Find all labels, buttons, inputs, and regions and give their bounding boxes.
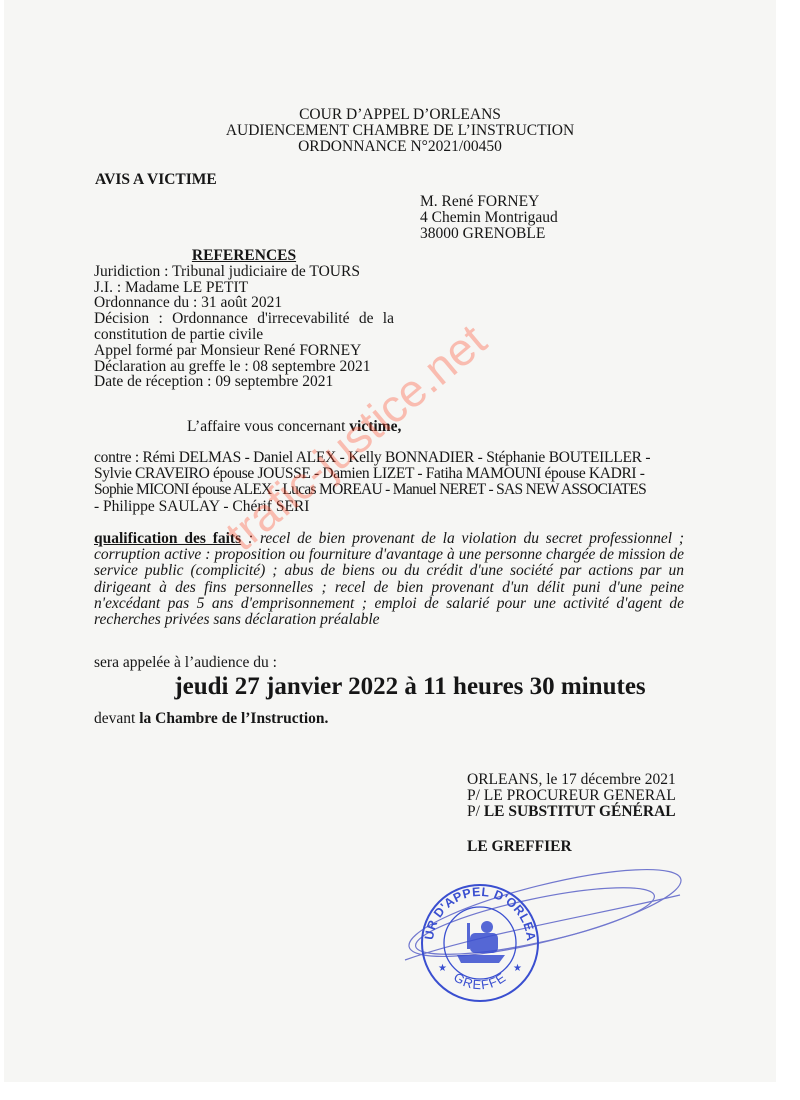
court-stamp-icon: COUR D'APPEL D'ORLEANS GREFFE ★ ★ bbox=[395, 855, 695, 1015]
chamber-label: la Chambre de l’Instruction. bbox=[139, 710, 328, 727]
reference-line: Ordonnance du : 31 août 2021 bbox=[94, 295, 394, 311]
reference-line: constitution de partie civile bbox=[94, 327, 394, 343]
hearing-intro: sera appelée à l’audience du : bbox=[94, 654, 277, 672]
hearing-datetime: jeudi 27 janvier 2022 à 11 heures 30 min… bbox=[0, 673, 800, 701]
reference-line: Juridiction : Tribunal judiciaire de TOU… bbox=[94, 264, 394, 280]
document-header: COUR D’APPEL D’ORLEANS AUDIENCEMENT CHAM… bbox=[0, 107, 800, 155]
recipient-name: M. René FORNEY bbox=[420, 194, 558, 210]
reference-line: Déclaration au greffe le : 08 septembre … bbox=[94, 359, 394, 375]
prosecutor-line: P/ LE PROCUREUR GENERAL bbox=[467, 788, 676, 804]
reference-line: Décision : Ordonnance d'irrecevabilité d… bbox=[94, 311, 394, 327]
ordinance-number: ORDONNANCE N°2021/00450 bbox=[0, 139, 800, 155]
svg-text:COUR D'APPEL D'ORLEANS: COUR D'APPEL D'ORLEANS bbox=[395, 855, 538, 942]
reference-line: Appel formé par Monsieur René FORNEY bbox=[94, 343, 394, 359]
clerk-label: LE GREFFIER bbox=[467, 838, 572, 856]
recipient-address: M. René FORNEY 4 Chemin Montrigaud 38000… bbox=[420, 194, 558, 242]
svg-text:GREFFE: GREFFE bbox=[451, 969, 509, 992]
svg-text:★: ★ bbox=[513, 963, 522, 974]
svg-text:★: ★ bbox=[438, 963, 447, 974]
parties-line: contre : Rémi DELMAS - Daniel ALEX - Kel… bbox=[94, 450, 684, 466]
court-name: COUR D’APPEL D’ORLEANS bbox=[0, 107, 800, 123]
parties-list: contre : Rémi DELMAS - Daniel ALEX - Kel… bbox=[94, 450, 684, 515]
signature-block: ORLEANS, le 17 décembre 2021 P/ LE PROCU… bbox=[467, 772, 676, 820]
references-title: REFERENCES bbox=[94, 248, 394, 264]
hearing-venue: devant la Chambre de l’Instruction. bbox=[94, 710, 328, 728]
references-block: REFERENCES Juridiction : Tribunal judici… bbox=[94, 248, 394, 390]
parties-line: Sylvie CRAVEIRO épouse JOUSSE - Damien L… bbox=[94, 466, 684, 482]
affair-intro: L’affaire vous concernant victime, bbox=[187, 418, 401, 436]
qualification-label: qualification des faits bbox=[94, 530, 241, 547]
substitute-line: P/ LE SUBSTITUT GÉNÉRAL bbox=[467, 804, 676, 820]
parties-line: Sophie MICONI épouse ALEX - Lucas MOREAU… bbox=[94, 482, 684, 498]
notice-title: AVIS A VICTIME bbox=[95, 171, 217, 189]
chamber-name: AUDIENCEMENT CHAMBRE DE L’INSTRUCTION bbox=[0, 123, 800, 139]
victim-label: victime, bbox=[349, 418, 401, 435]
place-date: ORLEANS, le 17 décembre 2021 bbox=[467, 772, 676, 788]
recipient-city: 38000 GRENOBLE bbox=[420, 226, 558, 242]
parties-line: - Philippe SAULAY - Chérif SERI bbox=[94, 499, 684, 515]
reference-line: Date de réception : 09 septembre 2021 bbox=[94, 374, 394, 390]
recipient-street: 4 Chemin Montrigaud bbox=[420, 210, 558, 226]
reference-line: J.I. : Madame LE PETIT bbox=[94, 280, 394, 296]
qualification-of-facts: qualification des faits : recel de bien … bbox=[94, 531, 684, 628]
